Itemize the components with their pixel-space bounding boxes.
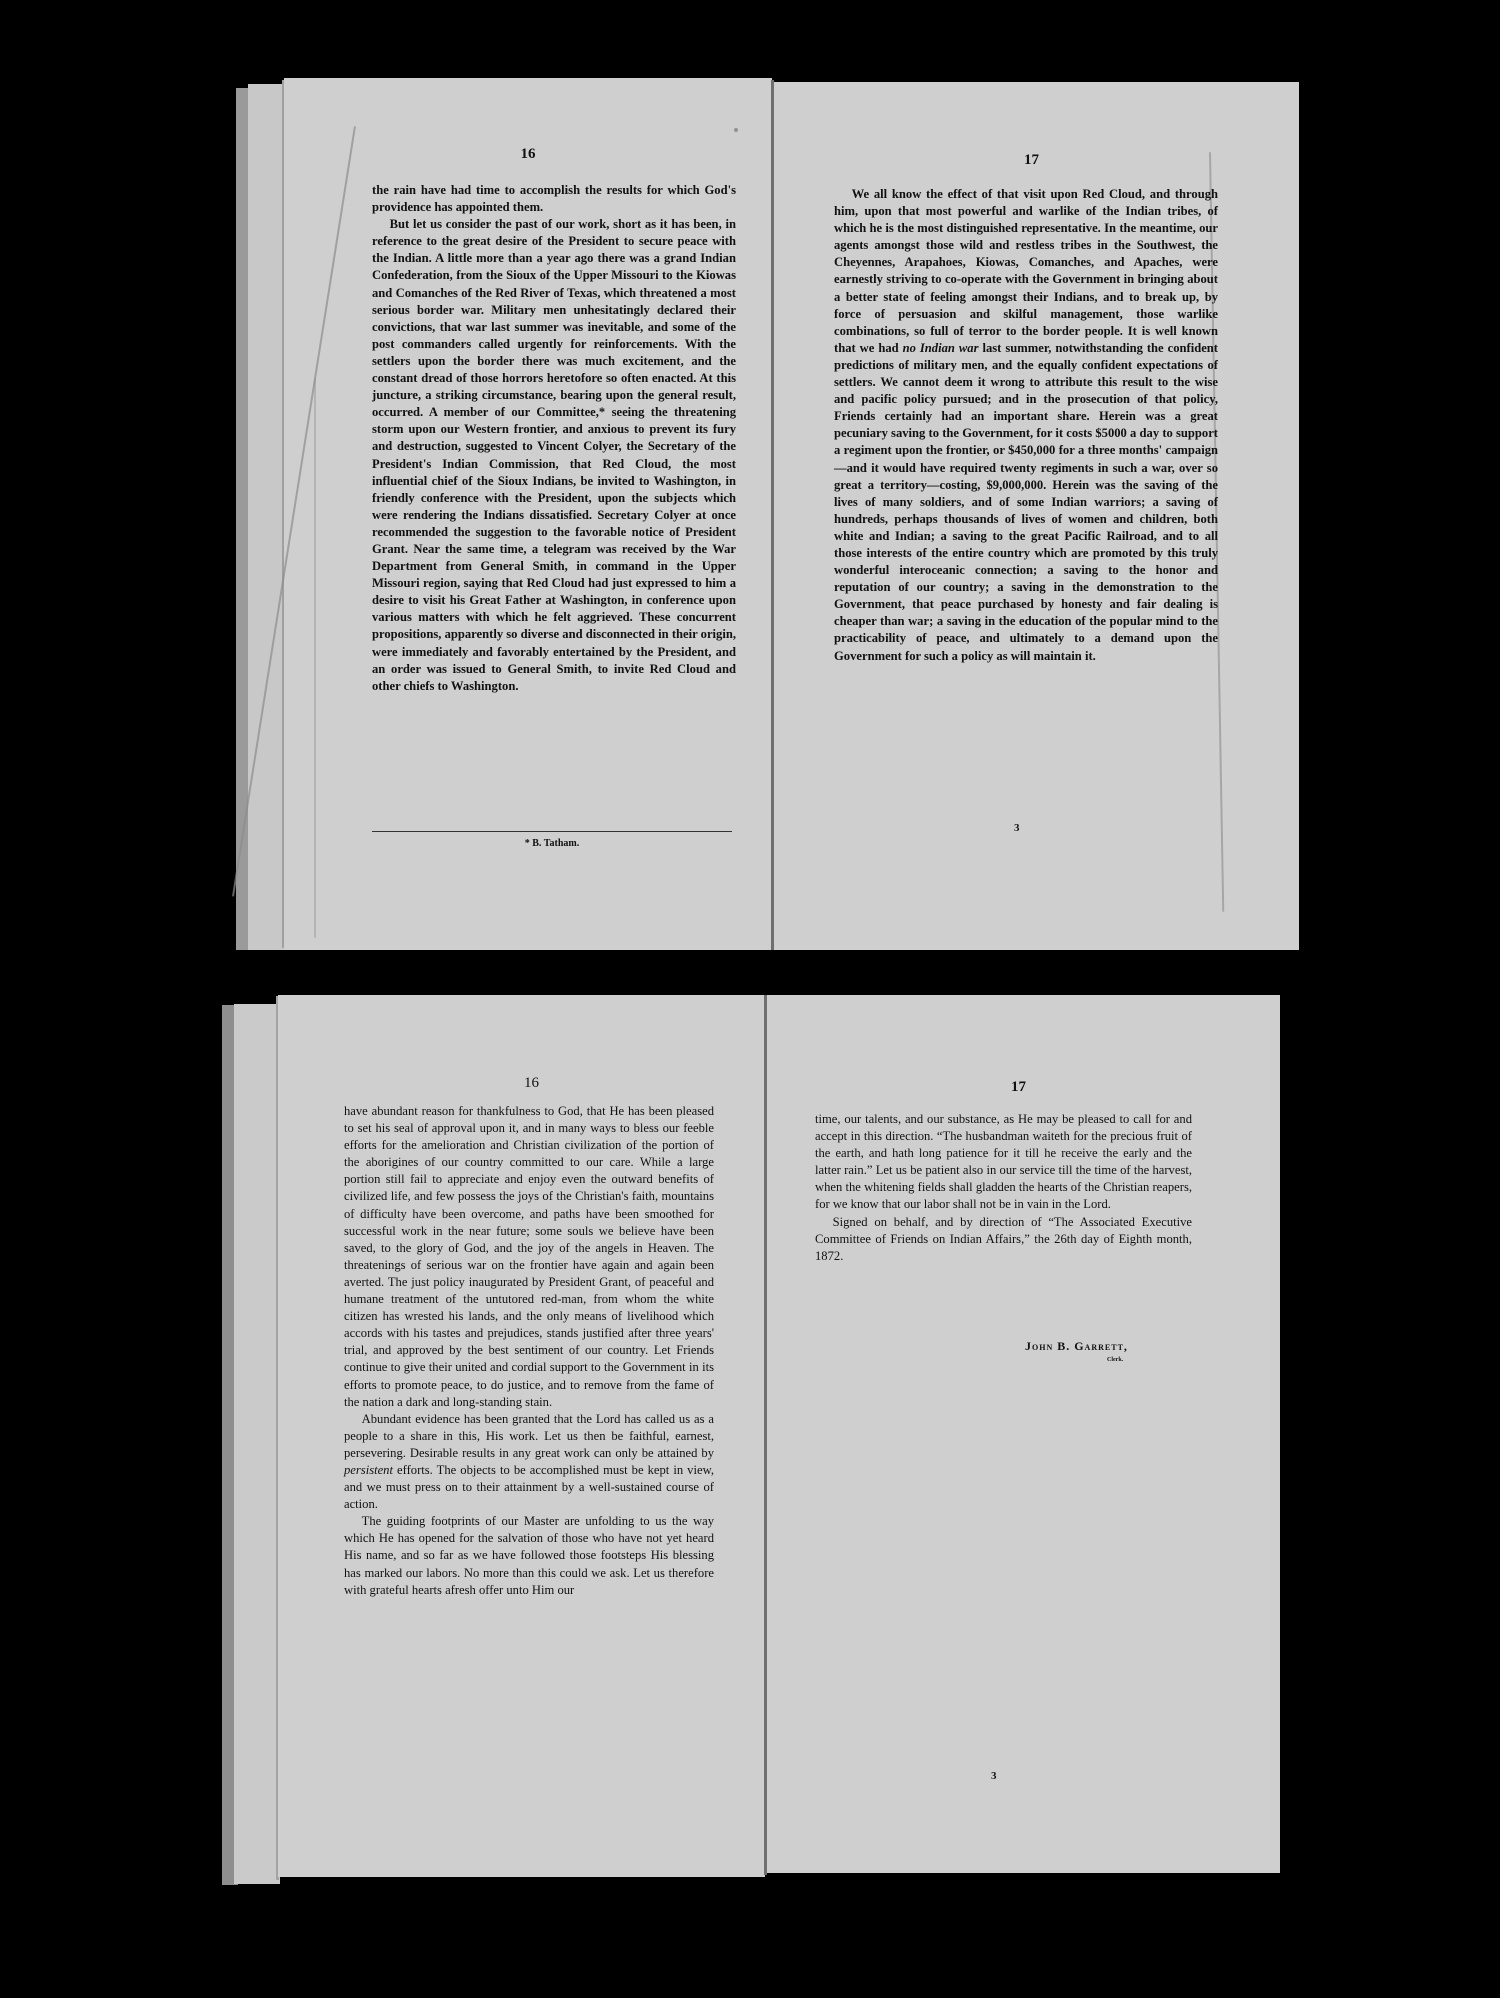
- body-text: time, our talents, and our substance, as…: [815, 1111, 1192, 1265]
- italic-emphasis: persistent: [344, 1463, 393, 1477]
- top-left-page: 16 the rain have had time to accomplish …: [284, 78, 772, 950]
- page-number: 16: [284, 146, 772, 163]
- paragraph: time, our talents, and our substance, as…: [815, 1111, 1192, 1214]
- paragraph: have abundant reason for thankfulness to…: [344, 1103, 714, 1411]
- pencil-margin-mark: [734, 128, 738, 132]
- page-number: 17: [764, 152, 1299, 169]
- body-text: have abundant reason for thankfulness to…: [344, 1103, 714, 1599]
- top-right-page: 17 We all know the effect of that visit …: [774, 82, 1299, 950]
- page-number: 17: [757, 1079, 1280, 1096]
- body-text: We all know the effect of that visit upo…: [834, 186, 1218, 665]
- page-number: 16: [298, 1075, 765, 1092]
- page-edge-stack: [234, 1004, 280, 1884]
- footnote: * B. Tatham.: [372, 838, 732, 849]
- body-text: the rain have had time to accomplish the…: [372, 182, 736, 695]
- pencil-margin-mark: [314, 378, 316, 938]
- paragraph: The guiding footprints of our Master are…: [344, 1513, 714, 1598]
- signatory-name: John B. Garrett,: [1025, 1339, 1128, 1354]
- bottom-left-page: 16 have abundant reason for thankfulness…: [278, 995, 765, 1877]
- paragraph: But let us consider the past of our work…: [372, 216, 736, 695]
- italic-emphasis: no Indian war: [903, 341, 979, 355]
- paragraph: Signed on behalf, and by direction of “T…: [815, 1214, 1192, 1265]
- signature-mark: 3: [1014, 822, 1020, 834]
- paragraph: the rain have had time to accomplish the…: [372, 182, 736, 216]
- signature-mark: 3: [991, 1770, 997, 1782]
- paragraph: We all know the effect of that visit upo…: [834, 186, 1218, 665]
- signatory-title: Clerk.: [1107, 1357, 1123, 1363]
- footnote-rule: [372, 831, 732, 832]
- paragraph: Abundant evidence has been granted that …: [344, 1411, 714, 1514]
- bottom-right-page: 17 time, our talents, and our substance,…: [767, 995, 1280, 1873]
